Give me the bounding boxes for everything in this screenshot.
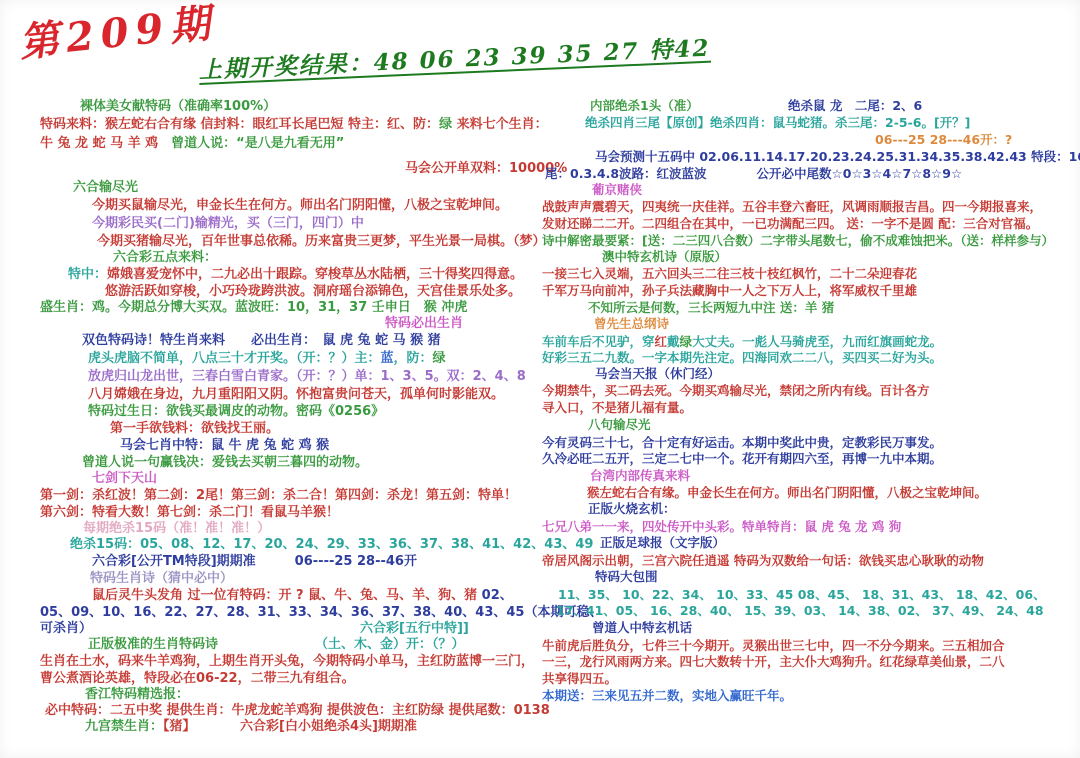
text-line: 发财还睇二二开。二四组合在其中，一已功满配三四。 送：一字不是圆 配：三合对官福… [542, 217, 1038, 231]
text-line: 特码大包围 [595, 570, 658, 584]
text-line: 猴左蛇右合有缘。申金长生在何方。师出名门阴阳懂，八极之宝乾坤间。 [587, 486, 987, 500]
text-line: 内部绝杀1头（准） [590, 99, 699, 113]
text-line: 马会预测十五码中 02.06.11.14.17.20.23.24.25.31.3… [595, 150, 1080, 164]
text-segment: 特码大包围 [595, 569, 658, 584]
text-segment: 帝居风阁示出朝，三宫六院任逍遥 特码为双数给一句话：欲钱买忠心耿耿的动物 [542, 553, 984, 568]
text-segment: 战鼓声声震碧天，四夷统一庆佳祥。五谷丰登六畜旺，风调雨顺报吉昌。四一今期报喜来， [542, 199, 1042, 214]
text-segment: 诗中解密最要紧：[送：二三四八合数）二字带头尾数七，偷不成难蚀把米。（送：样样参… [542, 233, 1054, 248]
text-line: 今期禁牛，买二码去死。今期买鸡输尽光，禁闭之所内有线。百计各方 [542, 384, 930, 398]
text-segment: 八句输尽光 [588, 417, 651, 432]
text-line: 17、41、05、 16、28、40、 15、39、03、 14、38、02、 … [556, 604, 1044, 618]
text-line: 共享得四五。 [542, 672, 617, 686]
text-segment: 尾：0.3.4.8波路：红波蓝波 公开必中尾数☆0☆3☆4☆7☆8☆9☆ [545, 166, 962, 181]
text-line: 葡京赌侠 [592, 183, 642, 197]
text-line: 车前车后不见驴，穿红戴绿大丈夫。一彪人马骑虎至，九而红旗画蛇龙。 [542, 335, 942, 349]
text-line: 澳中特玄机诗（原版） [602, 250, 727, 264]
text-segment: 曾道人中特玄机话 [592, 620, 692, 635]
text-segment: 发财还睇二二开。二四组合在其中，一已功满配三四。 送：一字不是圆 配：三合对官福… [542, 216, 1038, 231]
text-line: 好彩三五二九数。一字本期先注定。四海同欢二二八，买四买二好为头。 [542, 351, 942, 365]
text-segment: 正版火烧玄机： [588, 501, 676, 516]
text-segment: 马会当天报（休门经） [595, 366, 720, 381]
text-segment: 内部绝杀1头（准） [590, 98, 699, 113]
text-line: 正版足球报（文字版） [600, 536, 725, 550]
text-segment: 一接三七入灵端，五六回头三二往三枝十枝红枫竹，二十二朵迎春花 [542, 266, 917, 281]
text-segment: 今期禁牛，买二码去死。今期买鸡输尽光，禁闭之所内有线。百计各方 [542, 383, 930, 398]
text-line: 绝杀四肖三尾【原创】绝杀四肖：鼠马蛇猪。杀三尾：2-5-6。[开？] [585, 116, 970, 130]
text-line: 战鼓声声震碧天，四夷统一庆佳祥。五谷丰登六畜旺，风调雨顺报吉昌。四一今期报喜来， [542, 200, 1042, 214]
text-segment: 葡京赌侠 [592, 182, 642, 197]
text-segment: 绿 [680, 334, 693, 349]
text-segment: 17、41、05、 16、28、40、 15、39、03、 14、38、02、 … [556, 603, 1044, 618]
text-segment: 戴 [667, 334, 680, 349]
text-segment: 11、35、 10、22、34、 10、33、45 08、45、 18、31、4… [558, 587, 1046, 602]
text-line: 06---25 28---46开：? [875, 133, 1012, 147]
text-line: 台湾内部传真来料 [590, 469, 690, 483]
lottery-tip-sheet: 第209期 上期开奖结果：48 06 23 39 35 27 特42 裸体美女献… [0, 0, 1080, 758]
text-line: 马会当天报（休门经） [595, 367, 720, 381]
text-line: 七兄八弟一一来，四处传开中头彩。特单特肖：鼠 虎 兔 龙 鸡 狗 [542, 520, 901, 534]
text-line: 久冷必旺二五开，三定二七中一个。花开有期四六至，再博一九中本期。 [542, 452, 942, 466]
text-segment: 绝杀四肖三尾【原创】绝杀四肖：鼠马蛇猪。杀三尾：2-5-6。[开？] [585, 115, 970, 130]
text-segment: 绝杀鼠 龙 二尾：2、6 [788, 98, 922, 113]
text-line: 诗中解密最要紧：[送：二三四八合数）二字带头尾数七，偷不成难蚀把米。（送：样样参… [542, 234, 1054, 248]
text-line: 不知所云是何数，三长两短九中注 送：羊 猪 [588, 301, 834, 315]
text-segment: 牛前虎后胜负分，七件三十今期开。灵猴出世三七中，四一不分今期来。三五相加合 [542, 638, 1005, 653]
text-line: 一三，龙行风雨两方来。四七大数转十开，主大仆大鸡狗升。红花绿草美仙景，二八 [542, 655, 1005, 669]
text-segment: 大丈夫。一彪人马骑虎至，九而红旗画蛇龙。 [692, 334, 942, 349]
text-line: 牛前虎后胜负分，七件三十今期开。灵猴出世三七中，四一不分今期来。三五相加合 [542, 639, 1005, 653]
text-segment: 本期送：三来见五并二数，实地入赢旺千年。 [542, 688, 792, 703]
text-segment: 共享得四五。 [542, 671, 617, 686]
text-segment: 七兄八弟一一来，四处传开中头彩。特单特肖：鼠 虎 兔 龙 鸡 狗 [542, 519, 901, 534]
text-segment: 红 [655, 334, 668, 349]
text-segment: 猴左蛇右合有缘。申金长生在何方。师出名门阴阳懂，八极之宝乾坤间。 [587, 485, 987, 500]
text-segment: 台湾内部传真来料 [590, 468, 690, 483]
text-segment: 曾先生总纲诗 [594, 316, 669, 331]
text-line: 本期送：三来见五并二数，实地入赢旺千年。 [542, 689, 792, 703]
text-line: 曾先生总纲诗 [594, 317, 669, 331]
text-line: 11、35、 10、22、34、 10、33、45 08、45、 18、31、4… [558, 588, 1046, 602]
text-segment: 久冷必旺二五开，三定二七中一个。花开有期四六至，再博一九中本期。 [542, 451, 942, 466]
text-line: 今有灵码三十七，合十定有好运击。本期中奖此中贵，定教彩民万事发。 [542, 436, 942, 450]
text-segment: 车前车后不见驴，穿 [542, 334, 655, 349]
text-line: 千军万马向前冲，孙子兵法藏胸中一人之下万人上，将军威权千里雄 [542, 284, 917, 298]
text-segment: 千军万马向前冲，孙子兵法藏胸中一人之下万人上，将军威权千里雄 [542, 283, 917, 298]
text-line: 八句输尽光 [588, 418, 651, 432]
text-line: 尾：0.3.4.8波路：红波蓝波 公开必中尾数☆0☆3☆4☆7☆8☆9☆ [545, 167, 962, 181]
text-line: 寻入口，不是猪儿福有量。 [542, 401, 692, 415]
text-segment: 一三，龙行风雨两方来。四七大数转十开，主大仆大鸡狗升。红花绿草美仙景，二八 [542, 654, 1005, 669]
text-segment: 06---25 28---46开：? [875, 132, 1012, 147]
text-line: 正版火烧玄机： [588, 502, 676, 516]
text-segment: 马会预测十五码中 02.06.11.14.17.20.23.24.25.31.3… [595, 149, 1080, 164]
text-line: 一接三七入灵端，五六回头三二往三枝十枝红枫竹，二十二朵迎春花 [542, 267, 917, 281]
text-segment: 正版足球报（文字版） [600, 535, 725, 550]
text-segment: 好彩三五二九数。一字本期先注定。四海同欢二二八，买四买二好为头。 [542, 350, 942, 365]
text-line: 帝居风阁示出朝，三宫六院任逍遥 特码为双数给一句话：欲钱买忠心耿耿的动物 [542, 554, 984, 568]
text-line: 绝杀鼠 龙 二尾：2、6 [788, 99, 922, 113]
text-segment: 寻入口，不是猪儿福有量。 [542, 400, 692, 415]
column-right: 内部绝杀1头（准）绝杀鼠 龙 二尾：2、6绝杀四肖三尾【原创】绝杀四肖：鼠马蛇猪… [0, 0, 1080, 758]
text-segment: 今有灵码三十七，合十定有好运击。本期中奖此中贵，定教彩民万事发。 [542, 435, 942, 450]
text-segment: 澳中特玄机诗（原版） [602, 249, 727, 264]
text-segment: 不知所云是何数，三长两短九中注 送：羊 猪 [588, 300, 834, 315]
text-line: 曾道人中特玄机话 [592, 621, 692, 635]
